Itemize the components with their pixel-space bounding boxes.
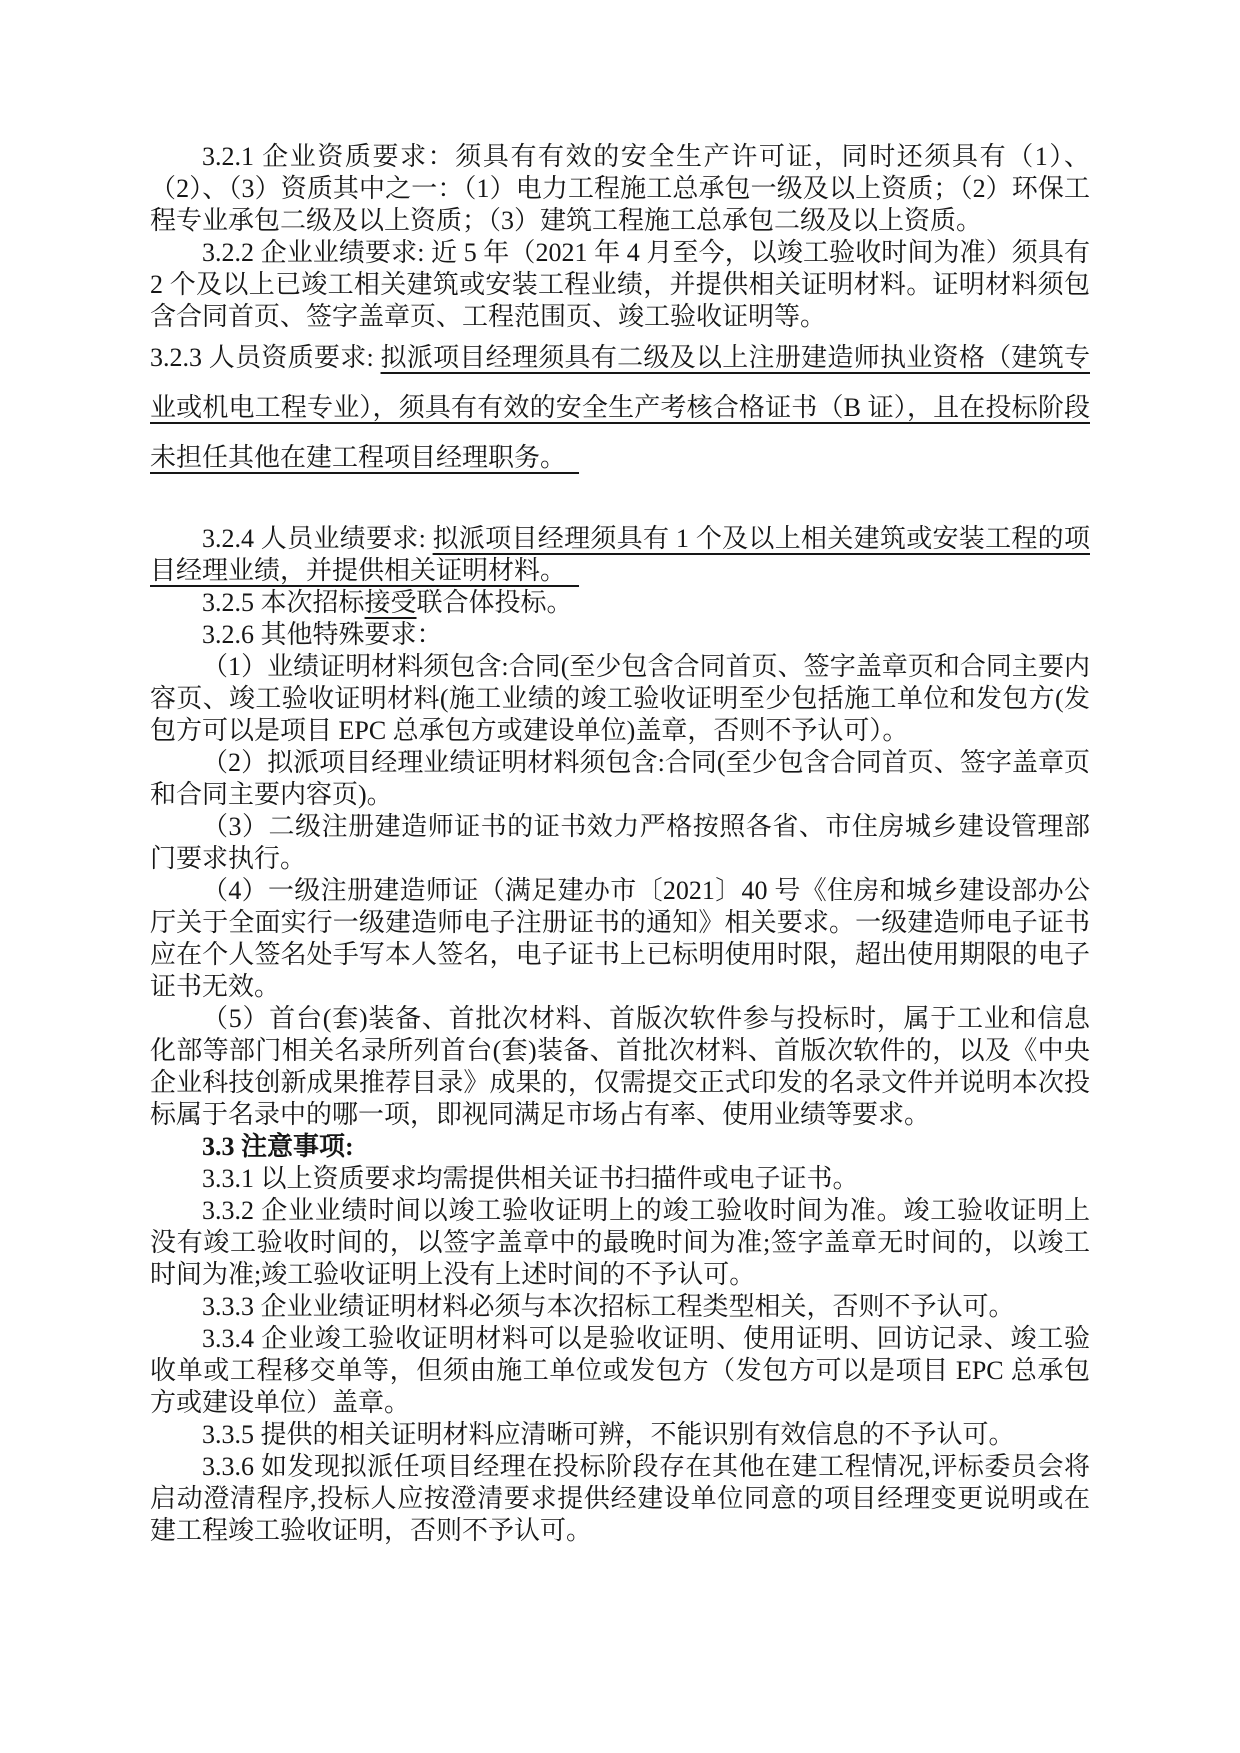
underlined-text-run: 接受 bbox=[365, 588, 417, 617]
para-3-2-2: 3.2.2 企业业绩要求: 近 5 年（2021 年 4 月至今，以竣工验收时间… bbox=[150, 237, 1090, 333]
para-3-3-1: 3.3.1 以上资质要求均需提供相关证书扫描件或电子证书。 bbox=[150, 1163, 1090, 1195]
para-3-2-6-item-1: （1）业绩证明材料须包含:合同(至少包含合同首页、签字盖章页和合同主要内容页、竣… bbox=[150, 651, 1090, 747]
para-3-3-5: 3.3.5 提供的相关证明材料应清晰可辨，不能识别有效信息的不予认可。 bbox=[150, 1419, 1090, 1451]
text-run: 3.2.4 人员业绩要求: bbox=[202, 524, 433, 553]
para-3-2-3: 3.2.3 人员资质要求: 拟派项目经理须具有二级及以上注册建造师执业资格（建筑… bbox=[150, 333, 1090, 483]
text-run: （2）拟派项目经理业绩证明材料须包含:合同(至少包含合同首页、签字盖章页和合同主… bbox=[150, 748, 1090, 809]
para-3-3-4: 3.3.4 企业竣工验收证明材料可以是验收证明、使用证明、回访记录、竣工验收单或… bbox=[150, 1323, 1090, 1419]
para-3-3-3: 3.3.3 企业业绩证明材料必须与本次招标工程类型相关，否则不予认可。 bbox=[150, 1291, 1090, 1323]
text-run: （5）首台(套)装备、首批次材料、首版次软件参与投标时，属于工业和信息化部等部门… bbox=[150, 1004, 1090, 1129]
para-3-2-6-item-5: （5）首台(套)装备、首批次材料、首版次软件参与投标时，属于工业和信息化部等部门… bbox=[150, 1003, 1090, 1131]
para-3-2-4: 3.2.4 人员业绩要求: 拟派项目经理须具有 1 个及以上相关建筑或安装工程的… bbox=[150, 523, 1090, 587]
document-page: 3.2.1 企业资质要求：须具有有效的安全生产许可证，同时还须具有（1）、（2）… bbox=[0, 0, 1240, 1753]
para-3-2-5: 3.2.5 本次招标接受联合体投标。 bbox=[150, 587, 1090, 619]
para-3-3-heading: 3.3 注意事项: bbox=[150, 1131, 1090, 1163]
text-run: 3.3.6 如发现拟派任项目经理在投标阶段存在其他在建工程情况,评标委员会将启动… bbox=[150, 1452, 1090, 1545]
para-3-2-6: 3.2.6 其他特殊要求： bbox=[150, 619, 1090, 651]
para-3-3-6: 3.3.6 如发现拟派任项目经理在投标阶段存在其他在建工程情况,评标委员会将启动… bbox=[150, 1451, 1090, 1547]
text-run: 3.3.5 提供的相关证明材料应清晰可辨，不能识别有效信息的不予认可。 bbox=[202, 1420, 1015, 1449]
text-run: 3.3.3 企业业绩证明材料必须与本次招标工程类型相关，否则不予认可。 bbox=[202, 1292, 1015, 1321]
text-run: 3.3.4 企业竣工验收证明材料可以是验收证明、使用证明、回访记录、竣工验收单或… bbox=[150, 1324, 1090, 1417]
para-3-2-6-item-4: （4）一级注册建造师证（满足建办市〔2021〕40 号《住房和城乡建设部办公厅关… bbox=[150, 875, 1090, 1003]
text-run: 3.2.2 企业业绩要求: 近 5 年（2021 年 4 月至今，以竣工验收时间… bbox=[150, 238, 1090, 331]
text-run: 3.3 注意事项: bbox=[202, 1132, 354, 1161]
blank-line bbox=[150, 483, 1090, 523]
text-run: 3.2.5 本次招标 bbox=[202, 588, 365, 617]
document-content: 3.2.1 企业资质要求：须具有有效的安全生产许可证，同时还须具有（1）、（2）… bbox=[150, 141, 1090, 1547]
text-run: （3）二级注册建造师证书的证书效力严格按照各省、市住房城乡建设管理部门要求执行。 bbox=[150, 812, 1090, 873]
text-run: 3.2.1 企业资质要求：须具有有效的安全生产许可证，同时还须具有（1）、（2）… bbox=[150, 142, 1090, 235]
text-run: 3.2.3 人员资质要求: bbox=[150, 343, 381, 372]
text-run: （4）一级注册建造师证（满足建办市〔2021〕40 号《住房和城乡建设部办公厅关… bbox=[150, 876, 1090, 1001]
para-3-2-1: 3.2.1 企业资质要求：须具有有效的安全生产许可证，同时还须具有（1）、（2）… bbox=[150, 141, 1090, 237]
text-run: 联合体投标。 bbox=[417, 588, 573, 617]
text-run: 3.3.2 企业业绩时间以竣工验收证明上的竣工验收时间为准。竣工验收证明上没有竣… bbox=[150, 1196, 1090, 1289]
para-3-2-6-item-2: （2）拟派项目经理业绩证明材料须包含:合同(至少包含合同首页、签字盖章页和合同主… bbox=[150, 747, 1090, 811]
text-run: 3.2.6 其他特殊要求： bbox=[202, 620, 443, 649]
para-3-2-6-item-3: （3）二级注册建造师证书的证书效力严格按照各省、市住房城乡建设管理部门要求执行。 bbox=[150, 811, 1090, 875]
text-run: 3.3.1 以上资质要求均需提供相关证书扫描件或电子证书。 bbox=[202, 1164, 859, 1193]
text-run: （1）业绩证明材料须包含:合同(至少包含合同首页、签字盖章页和合同主要内容页、竣… bbox=[150, 652, 1090, 745]
para-3-3-2: 3.3.2 企业业绩时间以竣工验收证明上的竣工验收时间为准。竣工验收证明上没有竣… bbox=[150, 1195, 1090, 1291]
